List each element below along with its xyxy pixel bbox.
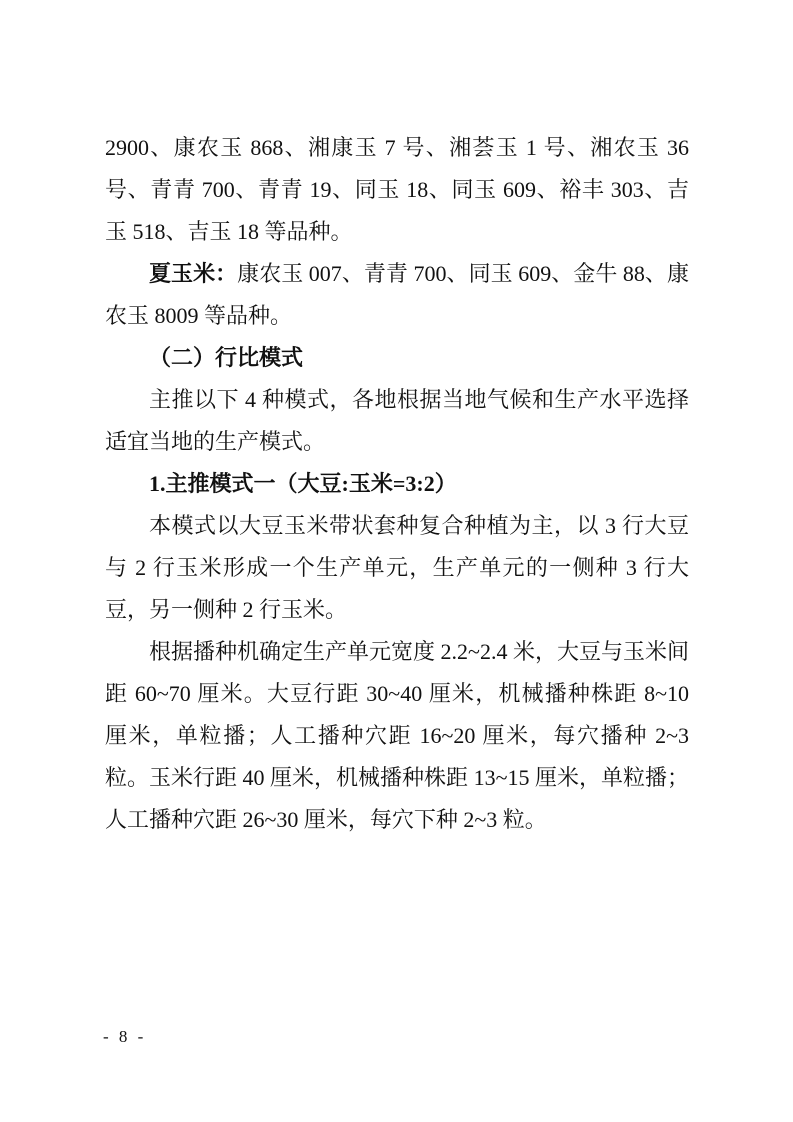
paragraph-spring-corn-varieties-continued: 2900、康农玉 868、湘康玉 7 号、湘荟玉 1 号、湘农玉 36 号、青青… [105,127,689,253]
summer-corn-label: 夏玉米： [149,261,237,286]
paragraph-mode-intro: 主推以下 4 种模式，各地根据当地气候和生产水平选择适宜当地的生产模式。 [105,379,689,463]
document-body: 2900、康农玉 868、湘康玉 7 号、湘荟玉 1 号、湘农玉 36 号、青青… [105,127,689,841]
heading-section-2-row-ratio-mode: （二）行比模式 [105,337,689,379]
heading-main-mode-1: 1.主推模式一（大豆:玉米=3:2） [105,463,689,505]
document-page: 2900、康农玉 868、湘康玉 7 号、湘荟玉 1 号、湘农玉 36 号、青青… [0,0,793,1122]
paragraph-summer-corn-varieties: 夏玉米：康农玉 007、青青 700、同玉 609、金牛 88、康农玉 8009… [105,253,689,337]
paragraph-mode1-planting-spec: 根据播种机确定生产单元宽度 2.2~2.4 米，大豆与玉米间距 60~70 厘米… [105,631,689,841]
paragraph-mode1-description: 本模式以大豆玉米带状套种复合种植为主，以 3 行大豆与 2 行玉米形成一个生产单… [105,505,689,631]
page-number: - 8 - [103,1025,146,1049]
